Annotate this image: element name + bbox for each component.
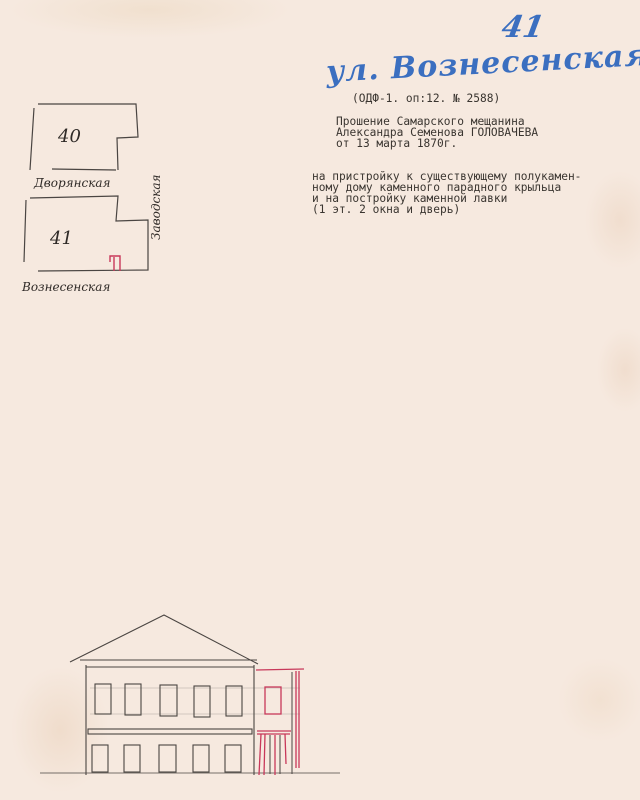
archival-document-page: 41 ул. Вознесенская. (ОДФ-1. оп:12. № 25… <box>0 0 640 800</box>
sketch-drawings <box>0 0 640 800</box>
street-label-voznesenskaya: Вознесенская <box>22 280 110 294</box>
street-label-zavodskaya: Заводская <box>149 175 163 240</box>
plot-label-41: 41 <box>50 228 73 249</box>
street-label-dvoryanskaya: Дворянская <box>34 176 110 190</box>
plot-label-40: 40 <box>58 126 81 147</box>
facade-drawing <box>40 615 340 775</box>
